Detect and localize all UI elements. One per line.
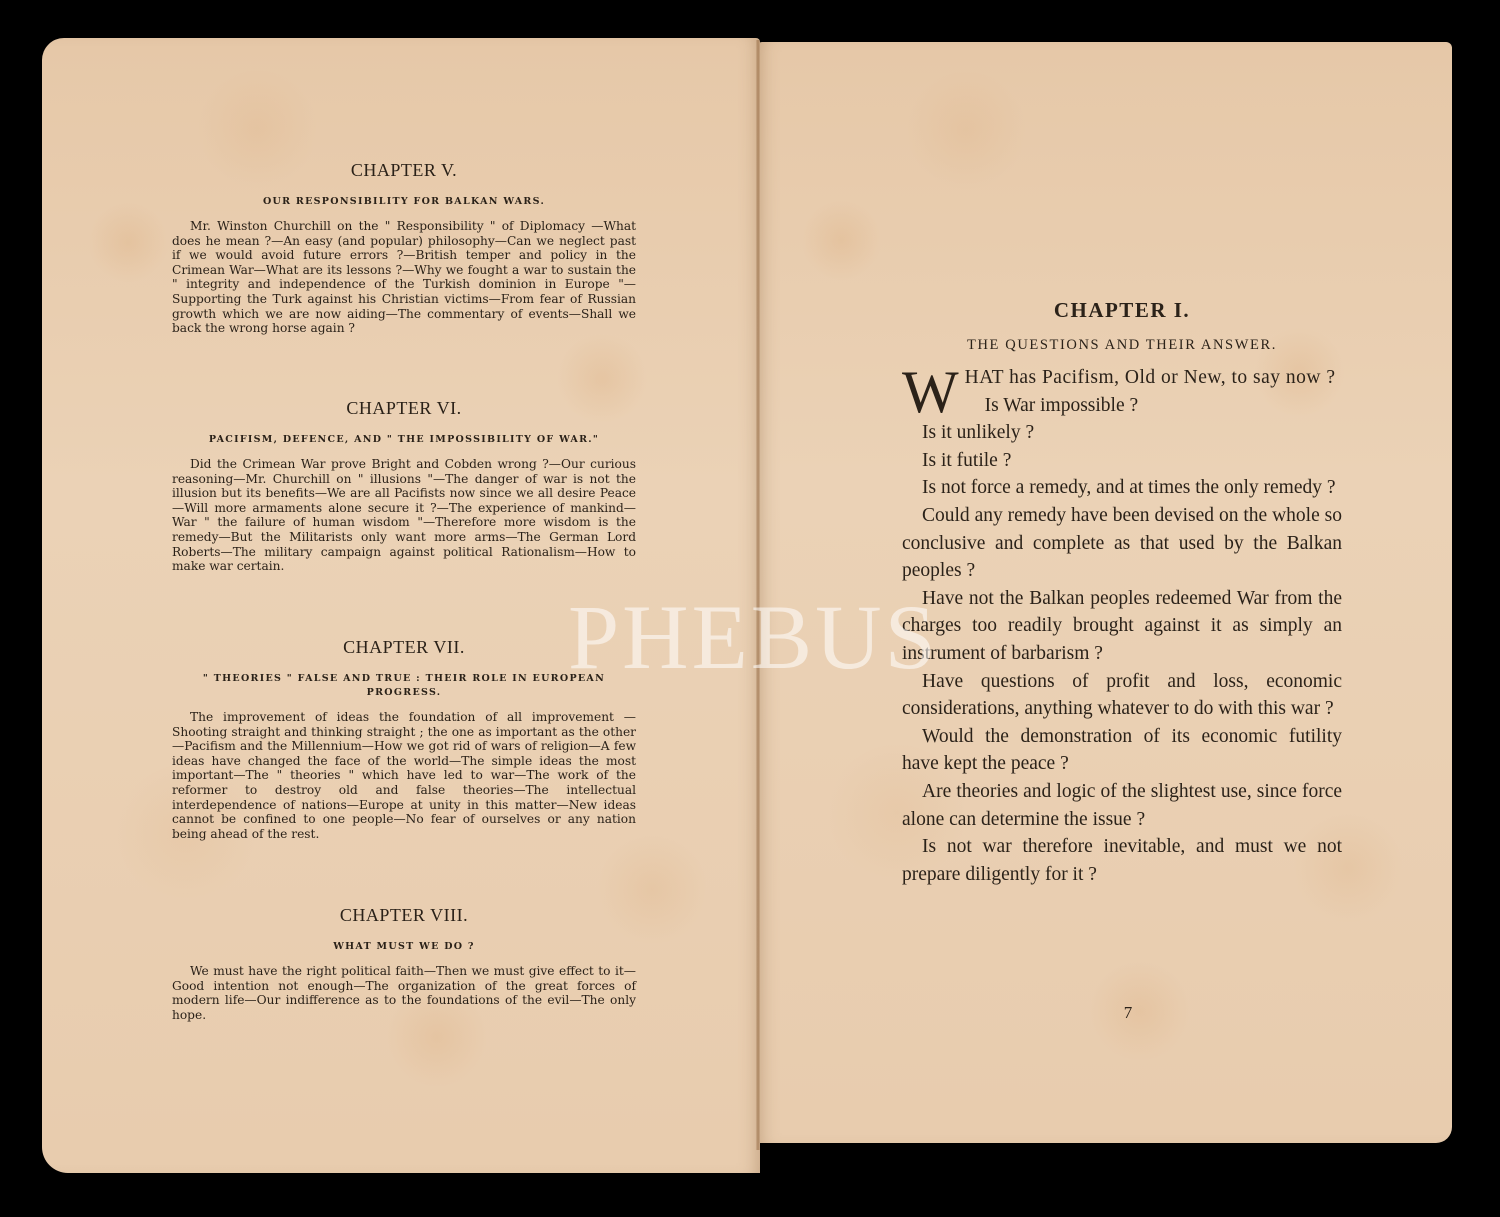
chapter-summary: We must have the right political faith—T…: [172, 964, 636, 1022]
chapter-subtitle: OUR RESPONSIBILITY FOR BALKAN WARS.: [172, 195, 636, 209]
paragraph: Is not force a remedy, and at times the …: [902, 474, 1342, 502]
opening-paragraph: WHAT has Pacifism, Old or New, to say no…: [902, 364, 1342, 392]
toc-chapter-6: CHAPTER VI. PACIFISM, DEFENCE, AND " THE…: [172, 398, 636, 574]
chapter-summary: Mr. Winston Churchill on the " Responsib…: [172, 219, 636, 336]
chapter-heading: CHAPTER I.: [902, 298, 1342, 323]
chapter-subtitle: PACIFISM, DEFENCE, AND " THE IMPOSSIBILI…: [172, 433, 636, 447]
paragraph: Have questions of profit and loss, econo…: [902, 668, 1342, 723]
chapter-heading: CHAPTER VIII.: [172, 905, 636, 926]
paragraph: Are theories and logic of the slightest …: [902, 778, 1342, 833]
paragraph: Is it futile ?: [902, 447, 1342, 475]
page-number: 7: [1110, 1003, 1146, 1023]
book-gutter: [756, 40, 760, 1150]
chapter-summary: Did the Crimean War prove Bright and Cob…: [172, 457, 636, 574]
chapter-heading: CHAPTER V.: [172, 160, 636, 181]
chapter-1: CHAPTER I. THE QUESTIONS AND THEIR ANSWE…: [902, 298, 1342, 888]
chapter-body: WHAT has Pacifism, Old or New, to say no…: [902, 364, 1342, 888]
chapter-subtitle: WHAT MUST WE DO ?: [172, 940, 636, 954]
chapter-summary: The improvement of ideas the foundation …: [172, 710, 636, 841]
paragraph: Have not the Balkan peoples redeemed War…: [902, 585, 1342, 668]
toc-chapter-7: CHAPTER VII. " THEORIES " FALSE AND TRUE…: [172, 637, 636, 841]
drop-cap: W: [902, 368, 959, 416]
paragraph: Is War impossible ?: [902, 392, 1342, 420]
paragraph: Is it unlikely ?: [902, 419, 1342, 447]
chapter-heading: CHAPTER VII.: [172, 637, 636, 658]
opening-text: HAT has Pacifism, Old or New, to say now…: [965, 367, 1336, 388]
paragraph: Could any remedy have been devised on th…: [902, 502, 1342, 585]
paragraph: Would the demonstration of its economic …: [902, 723, 1342, 778]
chapter-subtitle: THE QUESTIONS AND THEIR ANSWER.: [902, 337, 1342, 354]
toc-chapter-8: CHAPTER VIII. WHAT MUST WE DO ? We must …: [172, 905, 636, 1022]
paragraph: Is not war therefore inevitable, and mus…: [902, 833, 1342, 888]
chapter-subtitle: " THEORIES " FALSE AND TRUE : THEIR ROLE…: [172, 672, 636, 700]
toc-chapter-5: CHAPTER V. OUR RESPONSIBILITY FOR BALKAN…: [172, 160, 636, 336]
chapter-heading: CHAPTER VI.: [172, 398, 636, 419]
